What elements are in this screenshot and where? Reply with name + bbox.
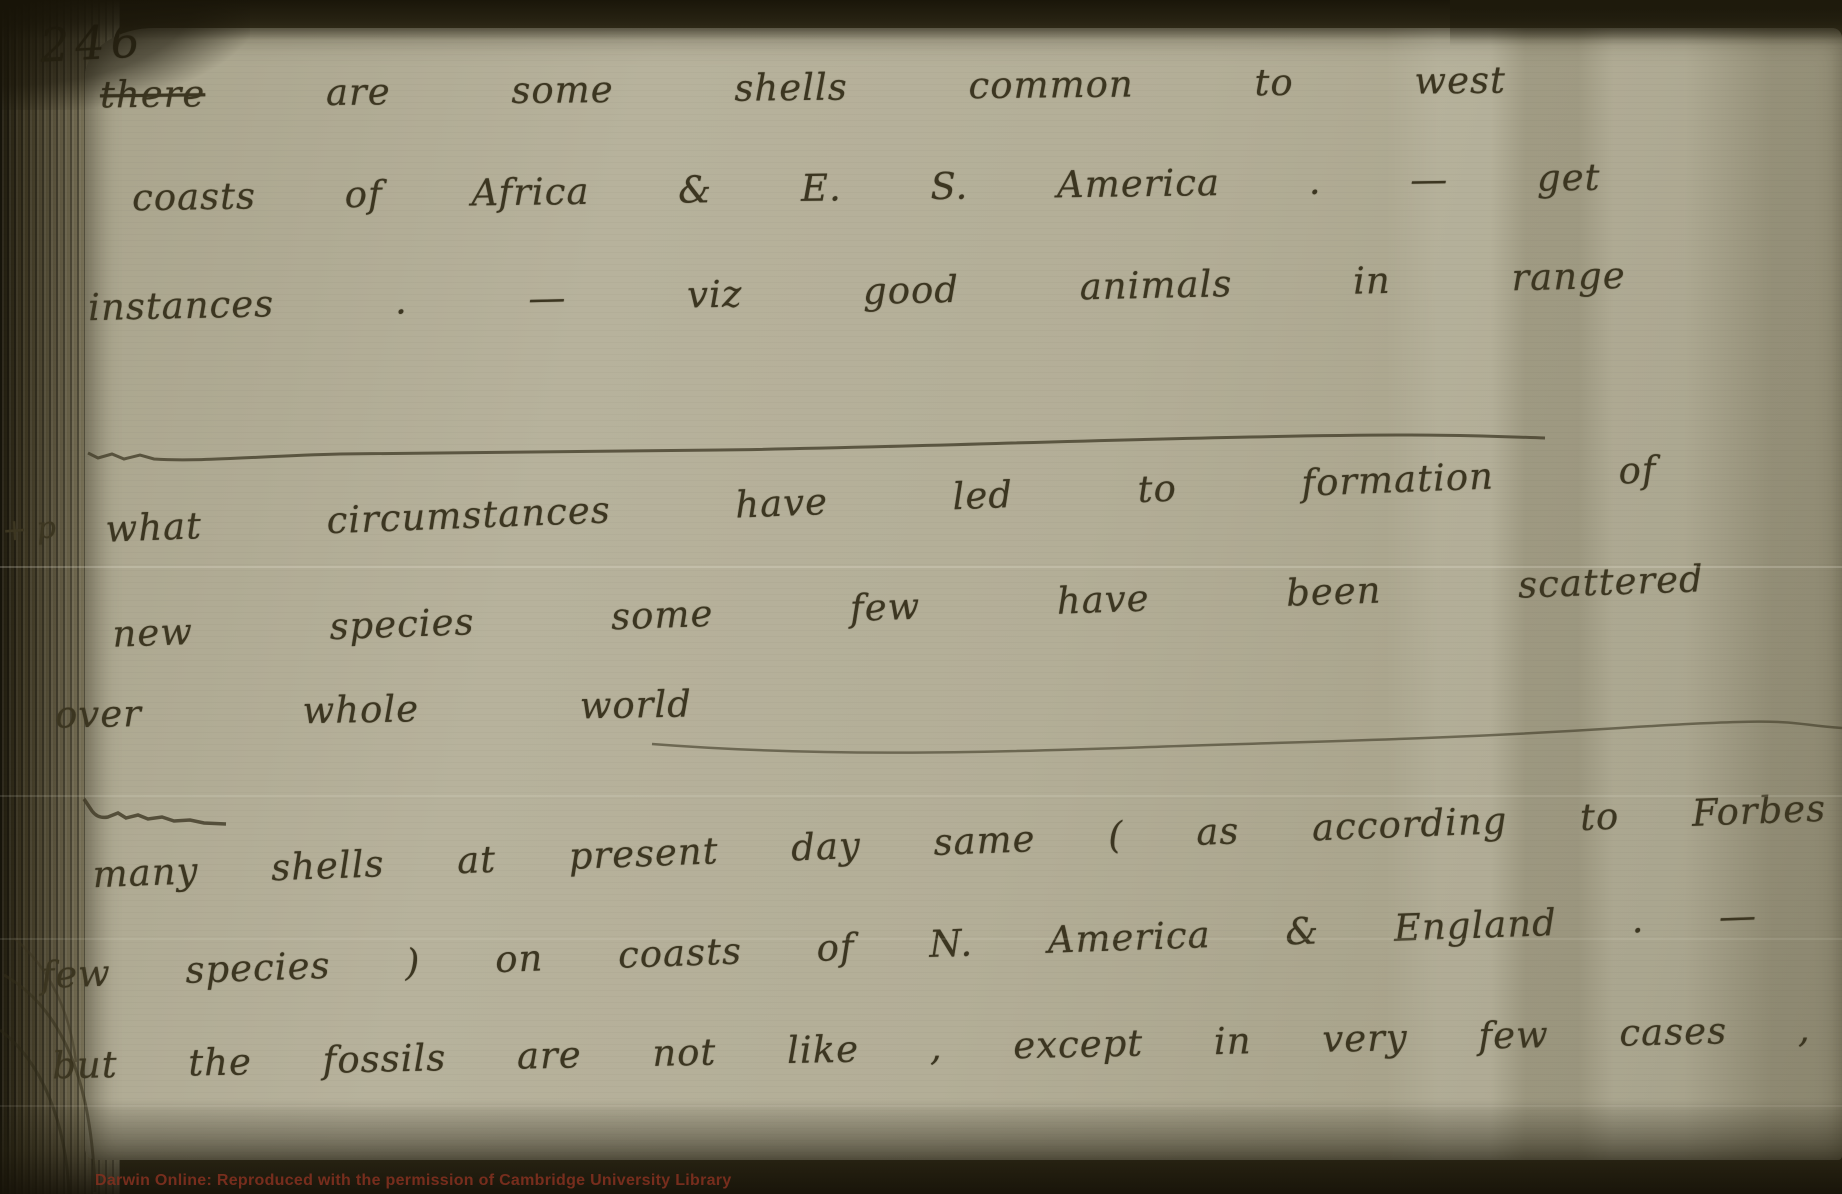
manuscript-scan: 246 there are some shells common to west… [0, 0, 1842, 1194]
watermark-text: Darwin Online: Reproduced with the permi… [95, 1172, 732, 1190]
struck-word: there [100, 72, 206, 116]
margin-annotation: + p [1, 510, 57, 549]
page-number: 246 [39, 13, 147, 72]
